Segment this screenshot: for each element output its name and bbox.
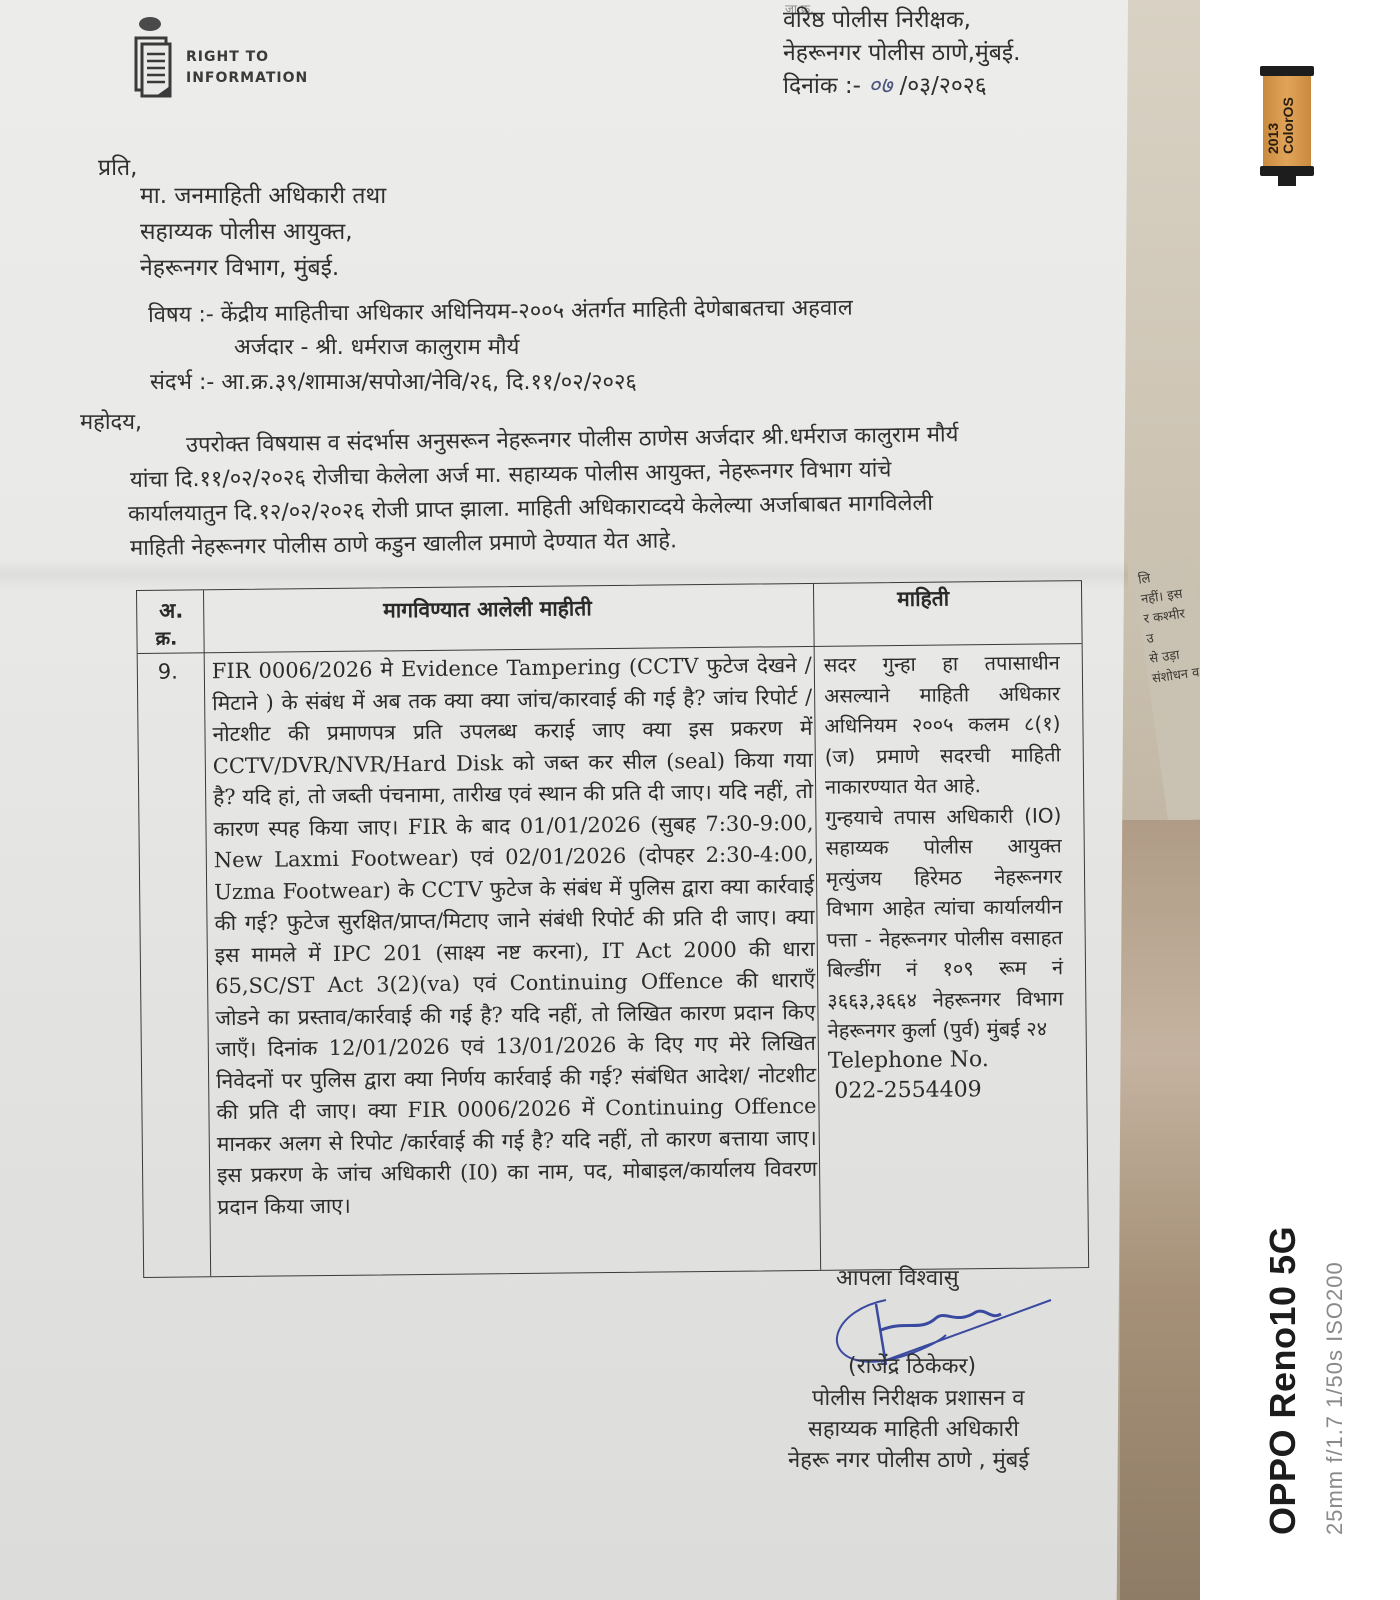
applicant-line: अर्जदार - श्री. धर्मराज कालुराम मौर्य xyxy=(234,330,519,365)
rti-logo-text: RIGHT TO INFORMATION xyxy=(186,47,308,89)
film-cap-top xyxy=(1260,66,1314,76)
greeting: महोदय, xyxy=(80,405,142,440)
colorOS-film-canister-icon: 2013 ColorOS xyxy=(1258,66,1316,186)
date-label: दिनांक :- xyxy=(783,73,861,99)
logo-line-1: RIGHT TO xyxy=(186,47,308,68)
film-label: 2013 ColorOS xyxy=(1266,97,1296,154)
designation-line-1: पोलीस निरीक्षक प्रशासन व xyxy=(812,1382,1024,1415)
rti-info-table: अ. क्र. मागविण्यात आलेली माहीती माहिती 9… xyxy=(136,580,1089,1278)
info-investigating-officer: गुन्हयाचे तपास अधिकारी (IO) सहाय्यक पोली… xyxy=(825,800,1064,1046)
reference-text: आ.क्र.३९/शामाअ/सपोआ/नेवि/२६, दि.११/०२/२०… xyxy=(221,370,637,395)
office-title: वरिष्ठ पोलीस निरीक्षक, xyxy=(783,4,971,37)
column-divider xyxy=(203,590,211,1276)
telephone-label: Telephone No. xyxy=(828,1044,1064,1077)
office-location: नेहरूनगर पोलीस ठाणे,मुंबई. xyxy=(783,37,1020,70)
recipient-line-3: नेहरूनगर विभाग, मुंबई. xyxy=(140,250,339,287)
designation-line-2: सहाय्यक माहिती अधिकारी xyxy=(808,1413,1019,1446)
film-spool xyxy=(1278,174,1296,186)
film-year: 2013 xyxy=(1266,97,1281,154)
subject-text: केंद्रीय माहितीचा अधिकार अधिनियम-२००५ अं… xyxy=(221,296,853,328)
date-handwritten-day: ०७ xyxy=(868,73,892,99)
row-requested-info: FIR 0006/2026 मे Evidence Tampering (CCT… xyxy=(212,650,818,1223)
subject-label: विषय :- xyxy=(148,302,214,328)
header-info: माहिती xyxy=(897,584,949,613)
header-requested-info: मागविण्यात आलेली माहीती xyxy=(383,594,592,624)
header-serial-line1: अ. xyxy=(159,597,183,625)
reference-label: संदर्भ :- xyxy=(150,370,214,395)
exif-info: 25mm f/1.7 1/50s ISO200 xyxy=(1322,1261,1348,1535)
designation-line-3: नेहरू नगर पोलीस ठाणे , मुंबई xyxy=(788,1444,1029,1477)
film-brand: ColorOS xyxy=(1281,97,1296,154)
salutation-to: प्रति, xyxy=(98,150,137,187)
logo-line-2: INFORMATION xyxy=(186,68,308,89)
device-model: OPPO Reno10 5G xyxy=(1262,1226,1304,1535)
subject-line: विषय :- केंद्रीय माहितीचा अधिकार अधिनियम… xyxy=(148,291,853,333)
info-refusal: सदर गुन्हा हा तपासाधीन असल्याने माहिती अ… xyxy=(824,647,1062,802)
row-info-response: सदर गुन्हा हा तपासाधीन असल्याने माहिती अ… xyxy=(824,647,1065,1107)
date-printed-rest: /०३/२०२६ xyxy=(899,73,986,99)
row-serial: 9. xyxy=(158,657,178,689)
recipient-line-1: मा. जनमाहिती अधिकारी तथा xyxy=(140,178,386,215)
reference-line: संदर्भ :- आ.क्र.३९/शामाअ/सपोआ/नेवि/२६, द… xyxy=(150,365,637,400)
recipient-line-2: सहाय्यक पोलीस आयुक्त, xyxy=(140,214,353,251)
header-serial-line2: क्र. xyxy=(155,625,177,651)
cloth-background xyxy=(1120,820,1200,1600)
rti-document-icon xyxy=(134,16,174,102)
telephone-number: 022-2554409 xyxy=(828,1074,1064,1107)
signatory-name: (राजेंद्र ठिकेकर) xyxy=(848,1350,976,1383)
letter-date: दिनांक :- ०७ /०३/२०२६ xyxy=(783,70,987,103)
